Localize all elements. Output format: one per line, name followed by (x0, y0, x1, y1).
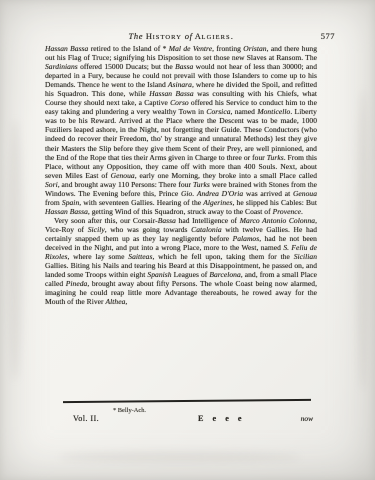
catchword: now (301, 414, 313, 423)
running-header: The History of Algiers. 577 (45, 31, 317, 41)
paragraph: Hassan Bassa retired to the Island of * … (45, 44, 317, 216)
footnote: * Belly-Ach. (113, 407, 146, 414)
scanned-book-page: The History of Algiers. 577 Hassan Bassa… (0, 0, 375, 480)
page-number: 577 (321, 31, 335, 41)
volume-label: Vol. II. (73, 414, 99, 423)
page-footer: Vol. II. E e e e now (45, 414, 317, 426)
paragraph: Very soon after this, our Corsair-Bassa … (45, 216, 317, 306)
signature-mark: E e e e (198, 414, 245, 423)
scan-artifact (60, 452, 300, 462)
body-text: Hassan Bassa retired to the Island of * … (45, 44, 317, 306)
scan-artifact (8, 120, 22, 380)
footnote-rule (63, 399, 311, 403)
book-title: The History of Algiers. (129, 31, 234, 41)
scan-artifact (357, 90, 369, 390)
